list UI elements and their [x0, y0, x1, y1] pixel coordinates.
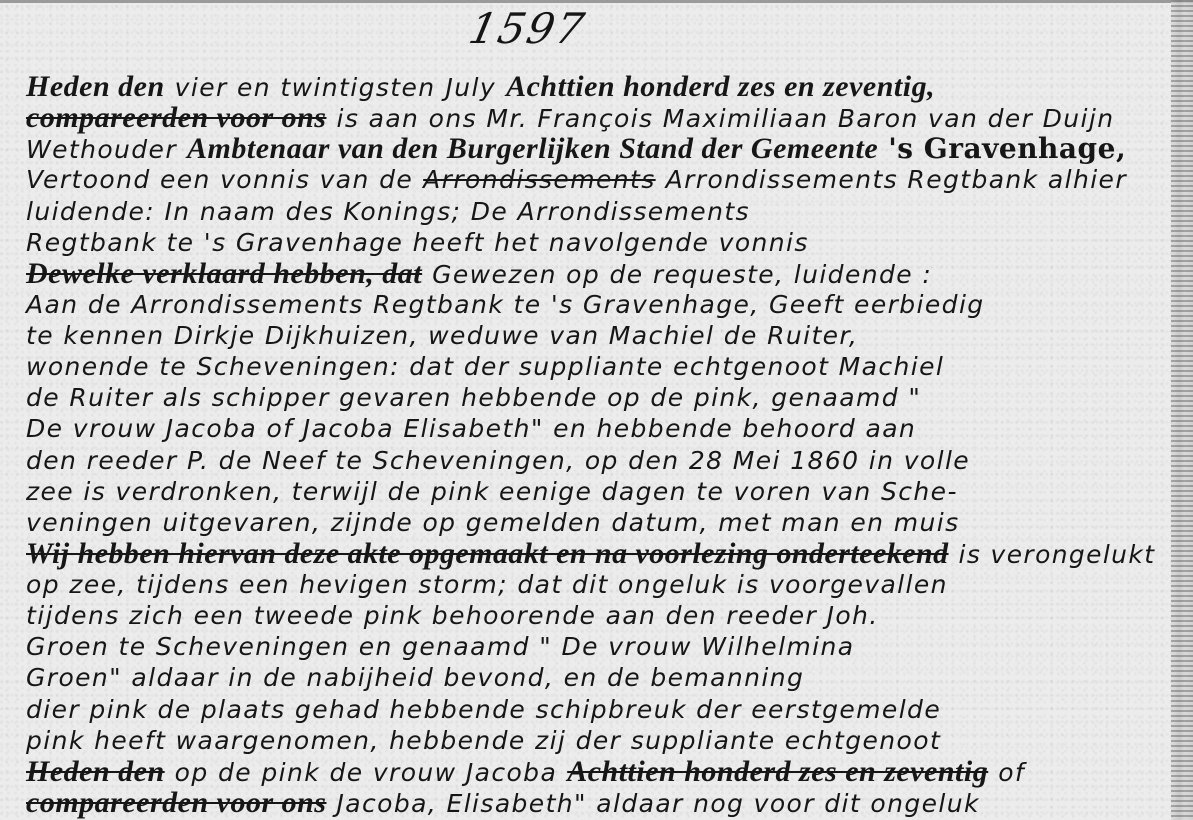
document-line: compareerden voor onsis aan ons Mr. Fran… — [26, 101, 1124, 136]
struck-text: compareerden voor ons — [26, 786, 326, 819]
document-line: pink heeft waargenomen, hebbende zij der… — [26, 724, 951, 758]
handwritten-text: dier pink de plaats gehad hebbende schip… — [26, 695, 941, 724]
handwritten-text: luidende: In naam des Konings; De Arrond… — [26, 197, 750, 226]
document-line: De vrouw Jacoba of Jacoba Elisabeth" en … — [26, 412, 926, 446]
document-line: WethouderAmbtenaar van den Burgerlijken … — [26, 132, 1136, 167]
document-line: Regtbank te 's Gravenhage heeft het navo… — [26, 226, 819, 260]
handwritten-text: veningen uitgevaren, zijnde op gemelden … — [26, 508, 960, 537]
handwritten-text: Regtbank te 's Gravenhage heeft het navo… — [26, 228, 809, 257]
document-line: Aan de Arrondissements Regtbank te 's Gr… — [26, 288, 995, 322]
struck-text: Arrondissements — [423, 165, 655, 194]
handwritten-text: Arrondissements Regtbank alhier — [666, 165, 1127, 194]
printed-text: Heden den — [26, 70, 165, 103]
handwritten-text: Gewezen op de requeste, luidende : — [432, 260, 932, 289]
handwritten-text: te kennen Dirkje Dijkhuizen, weduwe van … — [26, 321, 858, 350]
handwritten-text: Wethouder — [26, 135, 177, 164]
handwritten-text: Vertoond een vonnis van de — [26, 165, 413, 194]
document-line: Dewelke verklaard hebben, datGewezen op … — [26, 257, 942, 292]
document-line: tijdens zich een tweede pink behoorende … — [26, 599, 889, 633]
struck-text: Heden den — [26, 755, 165, 788]
document-line: Vertoond een vonnis van deArrondissement… — [26, 163, 1137, 197]
top-border — [0, 0, 1193, 3]
document-line: dier pink de plaats gehad hebbende schip… — [26, 693, 951, 727]
handwritten-text: den reeder P. de Neef te Scheveningen, o… — [26, 446, 970, 475]
handwritten-text: Groen te Scheveningen en genaamd " De vr… — [26, 632, 855, 661]
struck-text: Dewelke verklaard hebben, dat — [26, 257, 422, 290]
document-line: wonende te Scheveningen: dat der supplia… — [26, 350, 954, 384]
handwritten-text: pink heeft waargenomen, hebbende zij der… — [26, 726, 941, 755]
struck-text: Achttien honderd zes en zeventig — [567, 755, 988, 788]
printed-text: Achttien honderd zes en zeventig, — [506, 70, 935, 103]
document-page: 1597 Heden denvier en twintigstenJulyAch… — [0, 0, 1193, 820]
printed-text: Ambtenaar van den Burgerlijken Stand der… — [187, 132, 878, 165]
document-line: Groen" aldaar in de nabijheid bevond, en… — [26, 661, 814, 695]
document-line: luidende: In naam des Konings; De Arrond… — [26, 195, 760, 229]
document-line: zee is verdronken, terwijl de pink eenig… — [26, 475, 968, 509]
handwritten-text: de Ruiter als schipper gevaren hebbende … — [26, 383, 921, 412]
document-line: veningen uitgevaren, zijnde op gemelden … — [26, 506, 970, 540]
handwritten-text: op de pink de vrouw Jacoba — [175, 758, 558, 787]
document-line: Wij hebben hiervan deze akte opgemaakt e… — [26, 537, 1165, 572]
handwritten-text: op zee, tijdens een hevigen storm; dat d… — [26, 570, 948, 599]
handwritten-text: is aan ons Mr. François Maximiliaan Baro… — [336, 104, 1114, 133]
document-line: Heden denop de pink de vrouw JacobaAchtt… — [26, 755, 1035, 790]
document-line: te kennen Dirkje Dijkhuizen, weduwe van … — [26, 319, 868, 353]
handwritten-text: vier en twintigsten — [175, 73, 436, 102]
handwritten-text: De vrouw Jacoba of Jacoba Elisabeth" en … — [26, 414, 916, 443]
document-line: den reeder P. de Neef te Scheveningen, o… — [26, 444, 980, 478]
struck-text: Wij hebben hiervan deze akte opgemaakt e… — [26, 537, 949, 570]
document-line: op zee, tijdens een hevigen storm; dat d… — [26, 568, 958, 602]
handwritten-text: is verongelukt — [959, 540, 1156, 569]
folio-number: 1597 — [465, 4, 590, 53]
handwritten-text: of — [998, 758, 1025, 787]
handwritten-text: Jacoba, Elisabeth" aldaar nog voor dit o… — [336, 789, 979, 818]
handwritten-text: Aan de Arrondissements Regtbank te 's Gr… — [26, 290, 985, 319]
struck-text: compareerden voor ons — [26, 101, 326, 134]
handwritten-text: wonende te Scheveningen: dat der supplia… — [26, 352, 944, 381]
document-line: compareerden voor onsJacoba, Elisabeth" … — [26, 786, 990, 820]
handwritten-text: July — [446, 73, 497, 102]
handwritten-text: tijdens zich een tweede pink behoorende … — [26, 601, 879, 630]
page-edge-binding — [1171, 0, 1193, 820]
document-line: Heden denvier en twintigstenJulyAchttien… — [26, 70, 945, 105]
handwritten-text: Groen" aldaar in de nabijheid bevond, en… — [26, 663, 804, 692]
document-line: de Ruiter als schipper gevaren hebbende … — [26, 381, 931, 415]
handwritten-text: zee is verdronken, terwijl de pink eenig… — [26, 477, 958, 506]
printed-text: 's Gravenhage, — [888, 132, 1126, 165]
document-line: Groen te Scheveningen en genaamd " De vr… — [26, 630, 865, 664]
